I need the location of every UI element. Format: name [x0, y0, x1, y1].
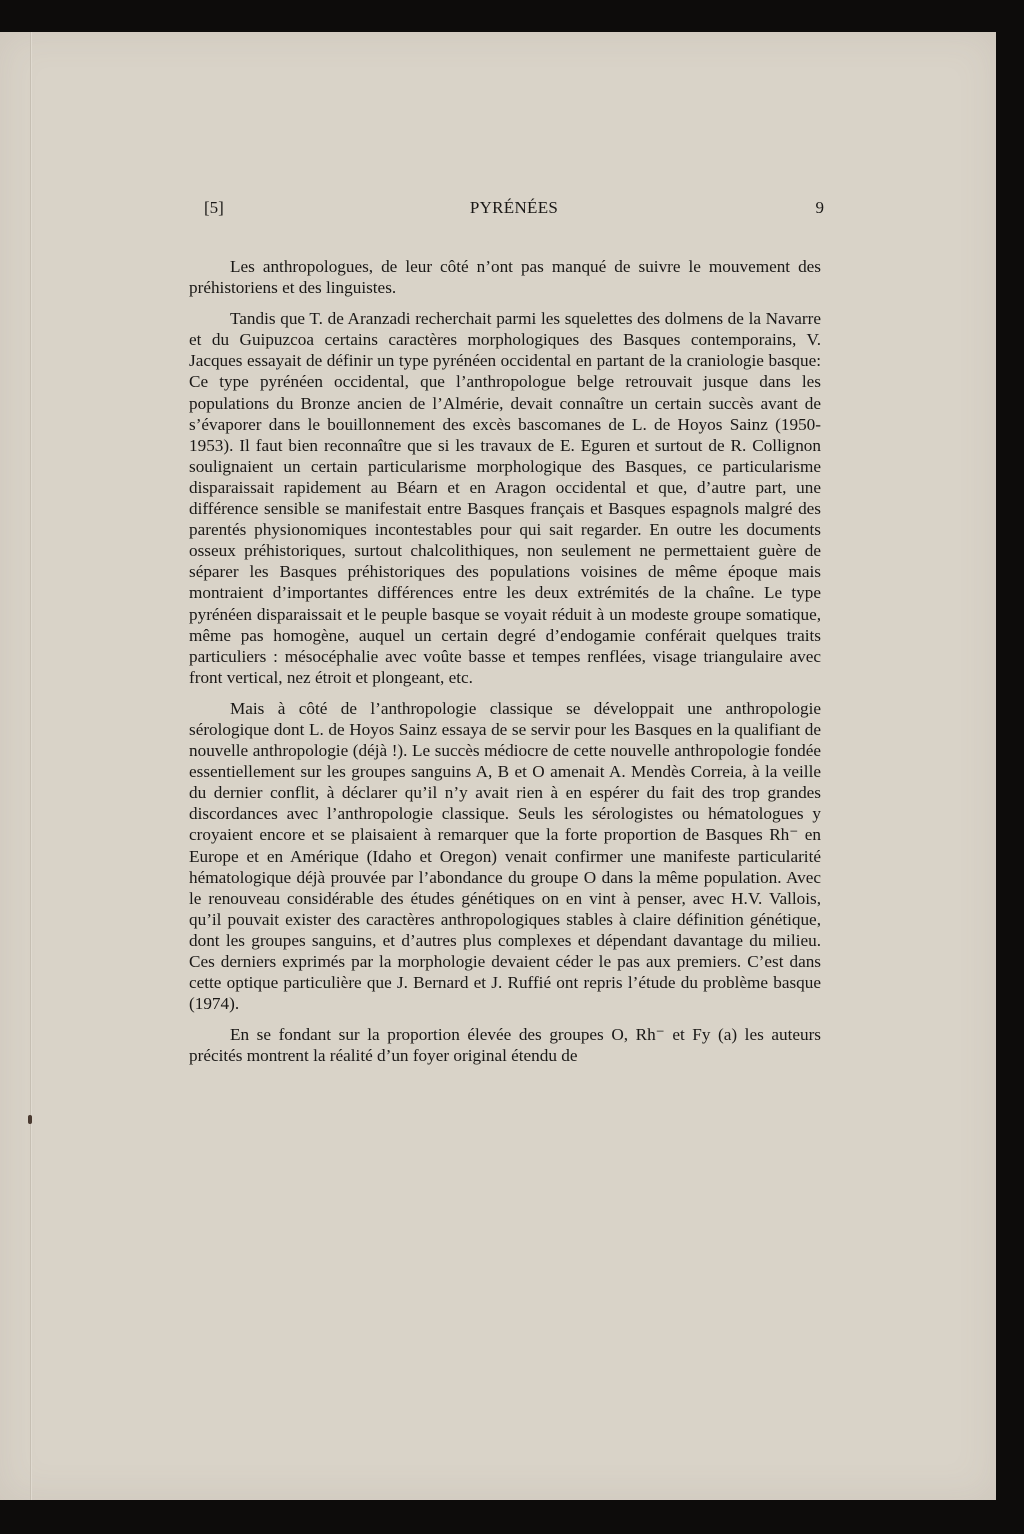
paragraph-2: Tandis que T. de Aranzadi recherchait pa… [189, 308, 821, 688]
paragraph-4: En se fondant sur la proportion élevée d… [189, 1024, 821, 1066]
running-title: PYRÉNÉES [204, 198, 824, 218]
running-header: [5] PYRÉNÉES 9 [204, 198, 824, 220]
paragraph-3: Mais à côté de l’anthropologie classique… [189, 698, 821, 1014]
page-number: 9 [816, 198, 825, 218]
body-text: Les anthropologues, de leur côté n’ont p… [189, 256, 821, 1076]
paragraph-1: Les anthropologues, de leur côté n’ont p… [189, 256, 821, 298]
margin-mark [28, 1115, 32, 1124]
book-page: [5] PYRÉNÉES 9 Les anthropologues, de le… [0, 32, 996, 1500]
page-gutter-fold [30, 32, 32, 1500]
